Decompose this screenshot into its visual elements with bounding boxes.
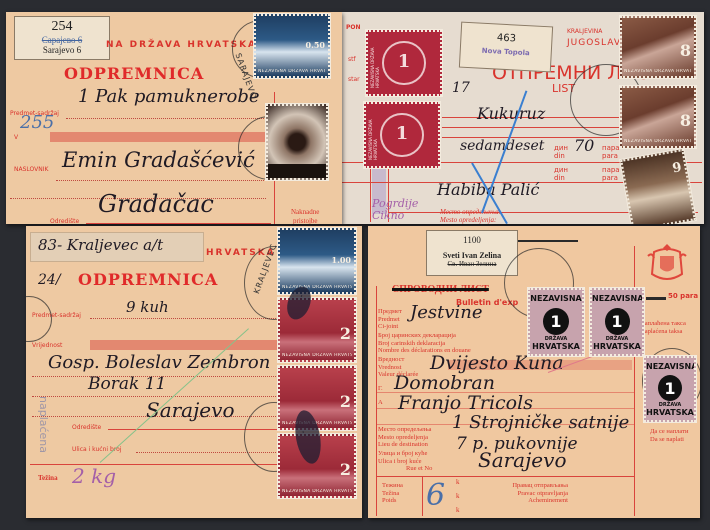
amount-label: пара (602, 166, 620, 174)
form-title-struck: СПРОВОДНИ ЛИСТ (392, 284, 489, 295)
handwritten-unit: 1 Strojničke satnije (452, 412, 629, 433)
card-side-label: star (348, 76, 360, 83)
stamp-mosque-8-kuna-1: 8 NEZAVISNA DRŽAVA HRVATSKA (620, 16, 696, 78)
fee-paid-labels: Наплаћена таксаNaplaćena taksa (640, 320, 686, 336)
value-band (90, 340, 302, 350)
stamp-mosque-8-kuna-2: 8 NEZAVISNA DRŽAVA HRVATSKA (620, 86, 696, 148)
field-label-addressee: NASLOVNIK (14, 166, 48, 173)
fee-label: Naknadne (291, 208, 319, 216)
handwritten-destination: Gradačac (98, 190, 214, 218)
form-title: ODPREMNICA (64, 64, 204, 83)
parcel-card-bottom-left: 83- Kralјevec a/t HRVATSKA 24/ ODPREMNIC… (26, 226, 362, 518)
stamp-landscape-1-kuna: 1.00 NEZAVISNA DRŽAVA HRVATSKA (278, 228, 356, 294)
label-place-struck: Сарајево 6 (15, 35, 109, 45)
label-place: Sarajevo 6 (15, 45, 109, 55)
stamp-landscape-sepia (266, 104, 328, 180)
coat-of-arms-icon (644, 242, 690, 284)
handwritten-quantity: 17 (452, 80, 470, 96)
field-contents-labels: ПредметPredmetCi-joint (378, 308, 402, 331)
handwritten-destination: Sarajevo (146, 398, 235, 422)
card-side-label: stf (348, 56, 356, 63)
stamp-postage-due-1: 1 NEZAVISNA DRŽAVA HRVATSKA (366, 30, 442, 96)
handwritten-weight: 6 (426, 478, 445, 513)
field-to-labels: Г.A (378, 382, 383, 410)
stamp-postage-due-2: 1 NEZAVISNA DRŽAVA HRVATSKA (364, 102, 440, 168)
handwritten-city: Sarajevo (478, 448, 567, 472)
sender-label: 1100 Sveti Ivan Zelina Св. Иван Зелина (426, 230, 518, 276)
amount-label: para (602, 152, 618, 160)
destination-label-latin: Mesto opredeljenja: (440, 216, 496, 224)
parcel-card-bottom-right: 1100 Sveti Ivan Zelina Св. Иван Зелина С… (368, 226, 700, 518)
handwritten-contents: 1 Pak pamuknerobe (78, 86, 260, 107)
handwritten-weight: 2 kg (72, 464, 116, 488)
handwritten-number: 24/ (38, 272, 61, 288)
label-number: 1100 (427, 235, 517, 245)
label-place: Nova Topola (461, 46, 551, 59)
stamp-overprint-1-din-3: NEZAVISNA 1 DRŽAVA HRVATSKA (644, 356, 696, 422)
handwritten-addressee: Habiba Palić (437, 180, 557, 199)
handwritten-contents: Kukuruz (477, 104, 545, 123)
amount-label: дин (554, 144, 568, 152)
destination-label-cyrillic: Место опредељења: (440, 208, 501, 216)
denomination: 50 para (668, 292, 698, 300)
handwritten-rank: Domobran (394, 372, 495, 394)
label-number: 463 (461, 31, 551, 47)
fee-due-labels: Да се наплатиDa se naplati (650, 428, 688, 444)
amount-label: din (554, 152, 565, 160)
weight-unit: k (456, 506, 460, 514)
stamp-cathedral-2-kune-2: 2 NEZAVISNA DRŽAVA HRVATSKA (278, 366, 356, 430)
handwritten-addressee: Gosp. Boleslav Zembron (48, 352, 270, 373)
handwritten-street: Borak 11 (88, 374, 166, 394)
parcel-card-top-left: 254 Сарајево 6 Sarajevo 6 NA DRŽAVA HRVA… (6, 12, 342, 224)
sender-label: 463 Nova Topola (459, 22, 553, 73)
fee-label: pristojbe (293, 217, 318, 224)
field-label-destination: Odredište (72, 424, 101, 431)
sender-label: 254 Сарајево 6 Sarajevo 6 (14, 16, 110, 60)
stamp-overprint-1-din-1: NEZAVISNA 1 DRŽAVA HRVATSKA (528, 288, 584, 356)
label-number: 254 (15, 19, 109, 35)
handwritten-amount: 70 (574, 136, 594, 155)
amount-label: пара (602, 144, 620, 152)
label-place-struck: Св. Иван Зелина (427, 260, 517, 268)
weight-unit: k (456, 492, 460, 500)
field-weight-labels: ТежинаTežinaPoids (382, 482, 403, 505)
card-side-label: PON (346, 24, 361, 31)
field-street-labels: Улица и број кућеUlica i broj kućeRue et… (378, 450, 432, 473)
stamp-landscape-0-50-kuna: 0.50 NEZAVISNA DRŽAVA HRVATSKA (254, 14, 330, 78)
header-kingdom: KRALJEVINA (567, 28, 602, 35)
weight-unit: k (456, 478, 460, 486)
handwritten-contents: Jestvine (410, 302, 483, 323)
amount-label: para (602, 174, 618, 182)
handwritten-addressee: Emin Gradašćević (62, 148, 255, 172)
form-title: ODPREMNICA (78, 270, 218, 289)
handwritten-label-text: 83- Kralјevec a/t (38, 236, 163, 254)
handwritten-contents: 9 kuh (126, 298, 169, 316)
handwritten-value: 255 (20, 112, 54, 133)
field-route-labels: Правац отправљањаPravac otpravljanjaAche… (498, 482, 568, 505)
postmark (26, 296, 52, 342)
paid-handstamp: naplaćena (37, 396, 50, 453)
field-label-destination: Odredište (50, 218, 79, 224)
value-band (50, 132, 268, 142)
handwritten-name: Franjo Tricols (398, 392, 533, 414)
field-label-value: V (14, 134, 18, 141)
field-destination-labels: Место опредељењаMesto opredeljenjaLieu d… (378, 426, 431, 449)
stamp-landscape-6-kuna: 6 (620, 149, 696, 224)
field-label-weight: Težina (38, 474, 58, 482)
label-place: Sveti Ivan Zelina (427, 251, 517, 260)
field-label-value: Vrijednost (32, 342, 62, 349)
amount-label: дин (554, 166, 568, 174)
stamp-overprint-1-din-2: NEZAVISNA 1 DRŽAVA HRVATSKA (590, 288, 644, 356)
handwritten-side-note: Pogrdije Cikno (372, 198, 442, 222)
parcel-card-top-right: PON stf star KRALJEVINA JUGOSLAVIJA ОТПР… (342, 12, 704, 224)
